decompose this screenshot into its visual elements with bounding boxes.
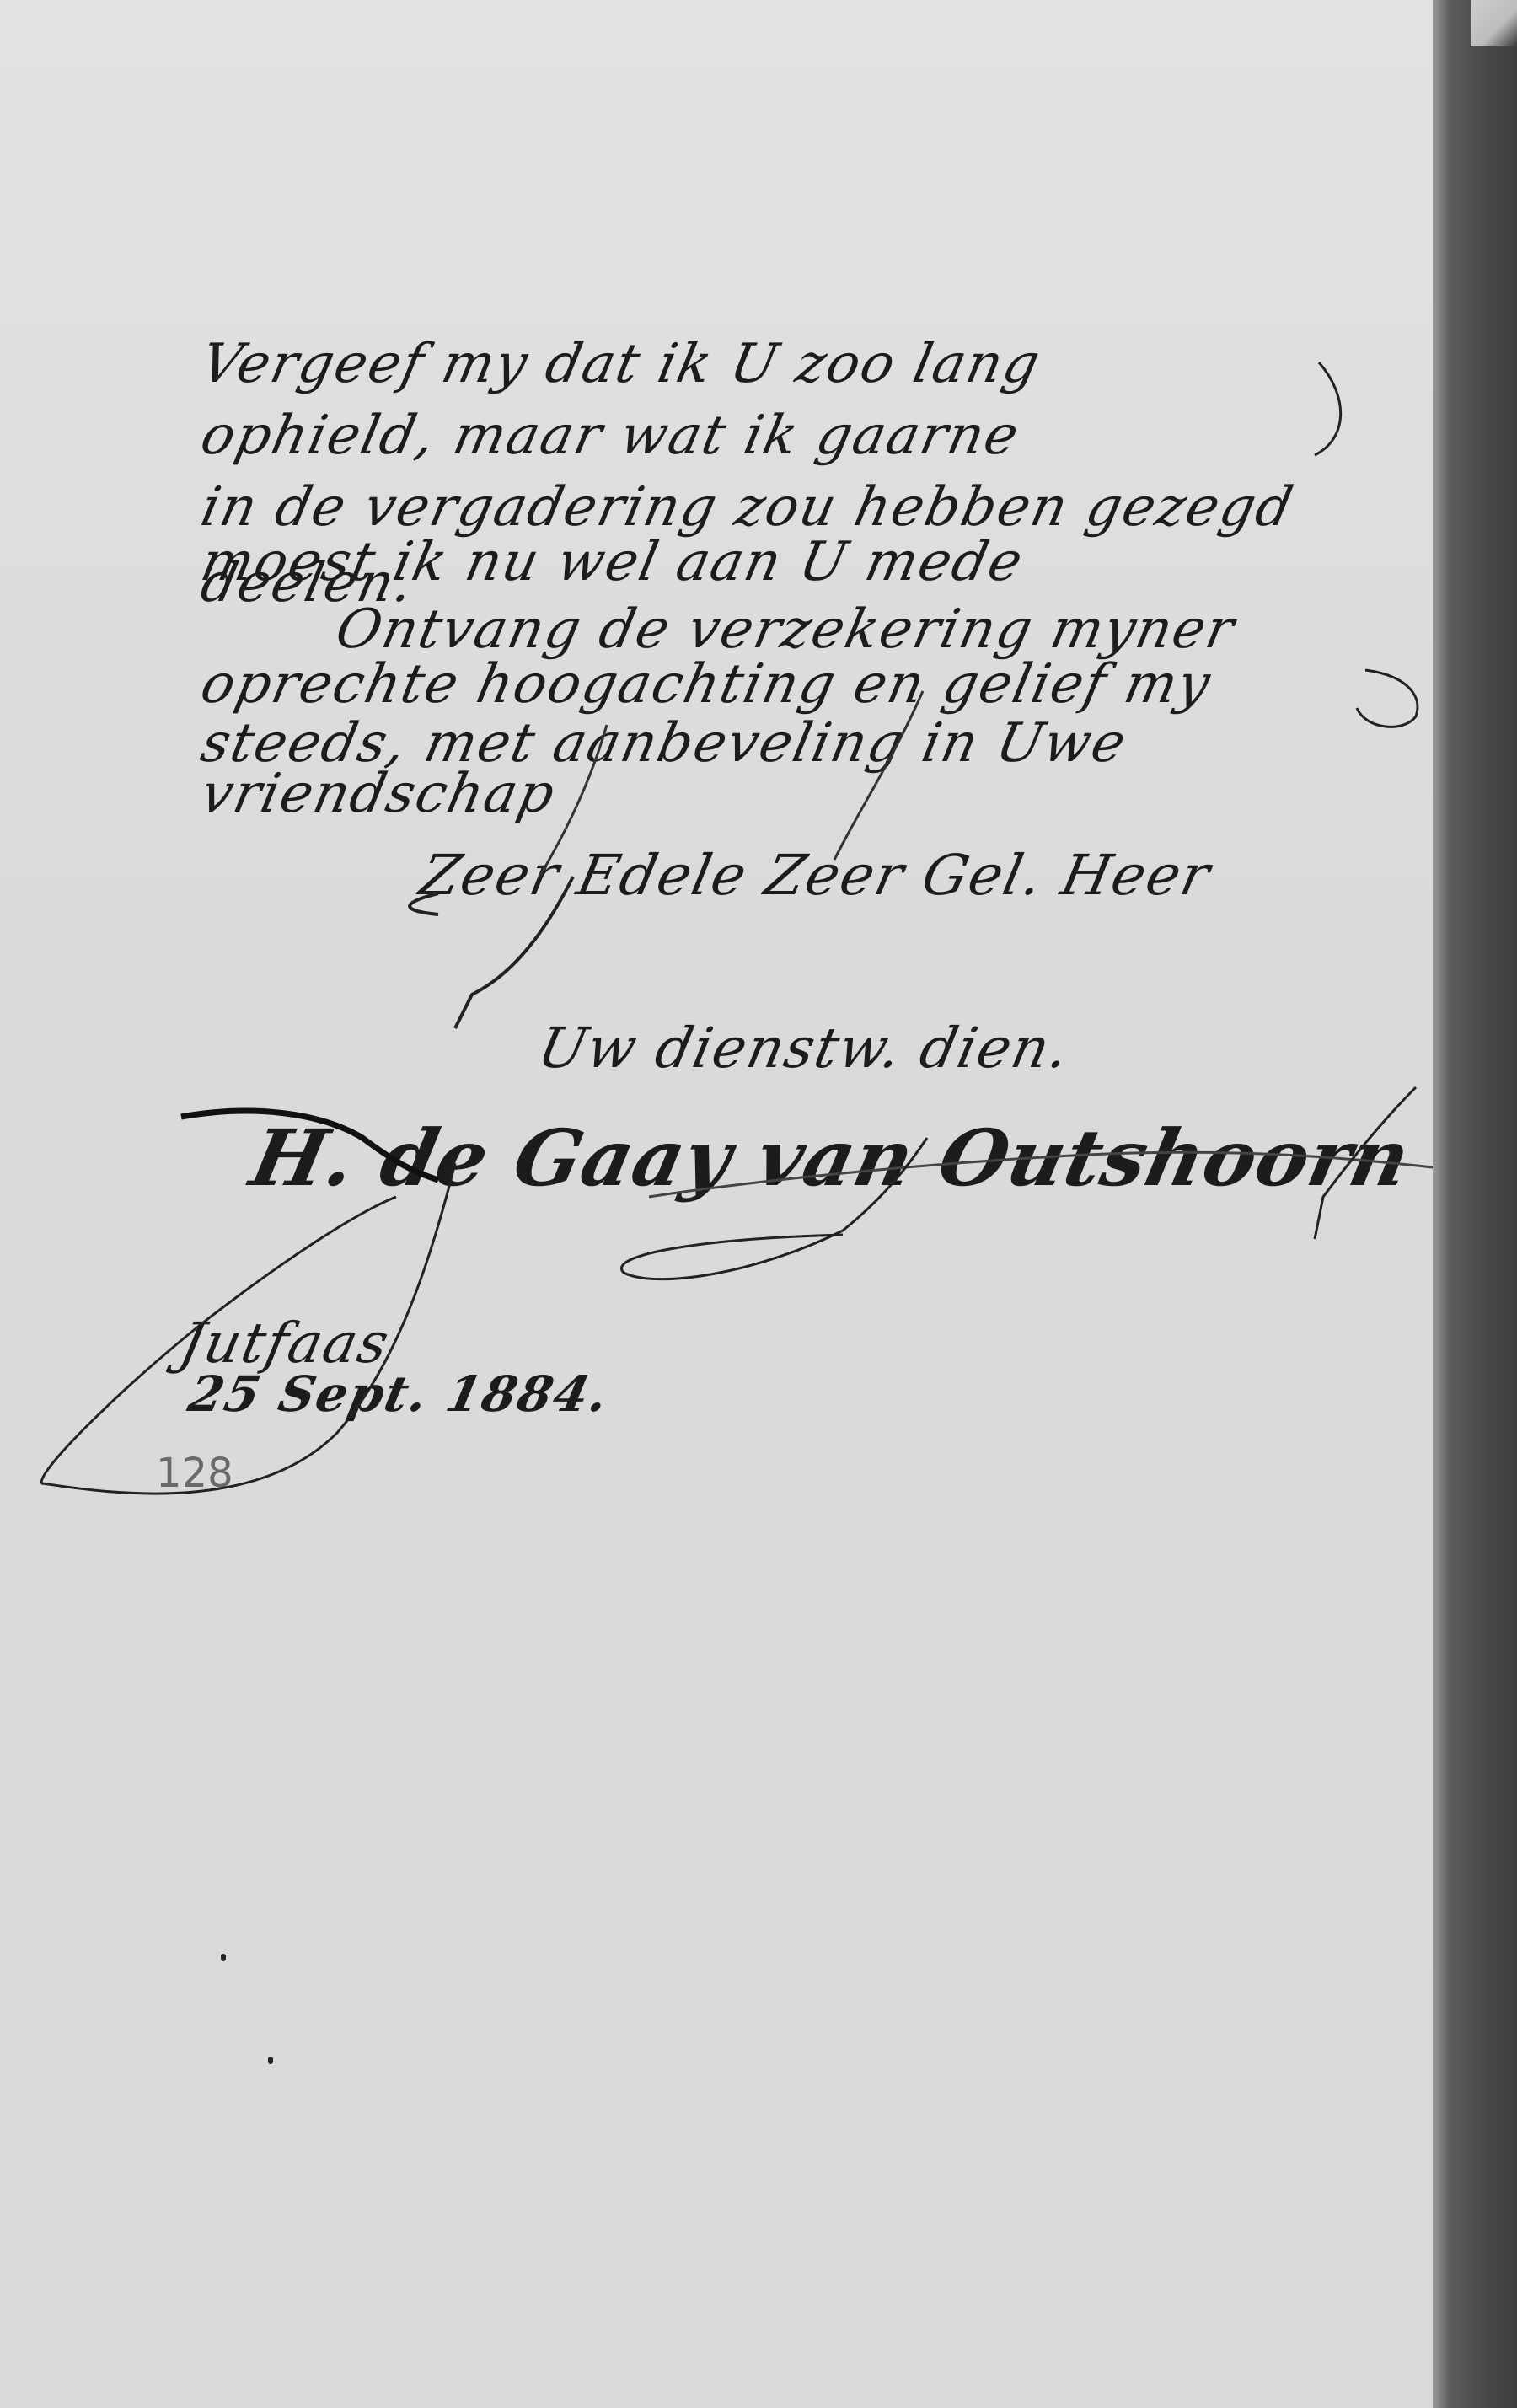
letter-date: 25 Sept. 1884. — [184, 1365, 615, 1423]
ink-speck — [268, 2057, 273, 2064]
letter-page: Vergeef my dat ik U zoo lang ophield, ma… — [0, 0, 1433, 2408]
closing-salutation: Zeer Edele Zeer Gel. Heer — [415, 843, 1217, 908]
signature: H. de Gaay van Outshoorn — [244, 1113, 1418, 1204]
book-binding-shadow — [1433, 0, 1517, 2408]
body-line-9: vriendschap — [196, 763, 561, 825]
body-line-6: Ontvang de verzekering myner — [330, 598, 1241, 661]
closing-servant: Uw dienstw. dien. — [533, 1016, 1076, 1081]
body-line-1: Vergeef my dat ik U zoo lang — [196, 333, 1046, 395]
archive-number: 128 — [156, 1450, 233, 1497]
page-corner — [1471, 0, 1517, 46]
ink-speck — [221, 1954, 226, 1961]
body-line-7: oprechte hoogachting en gelief my — [196, 653, 1217, 716]
body-line-2: ophield, maar wat ik gaarne — [196, 405, 1025, 467]
body-line-3: in de vergadering zou hebben gezegd — [196, 476, 1300, 539]
